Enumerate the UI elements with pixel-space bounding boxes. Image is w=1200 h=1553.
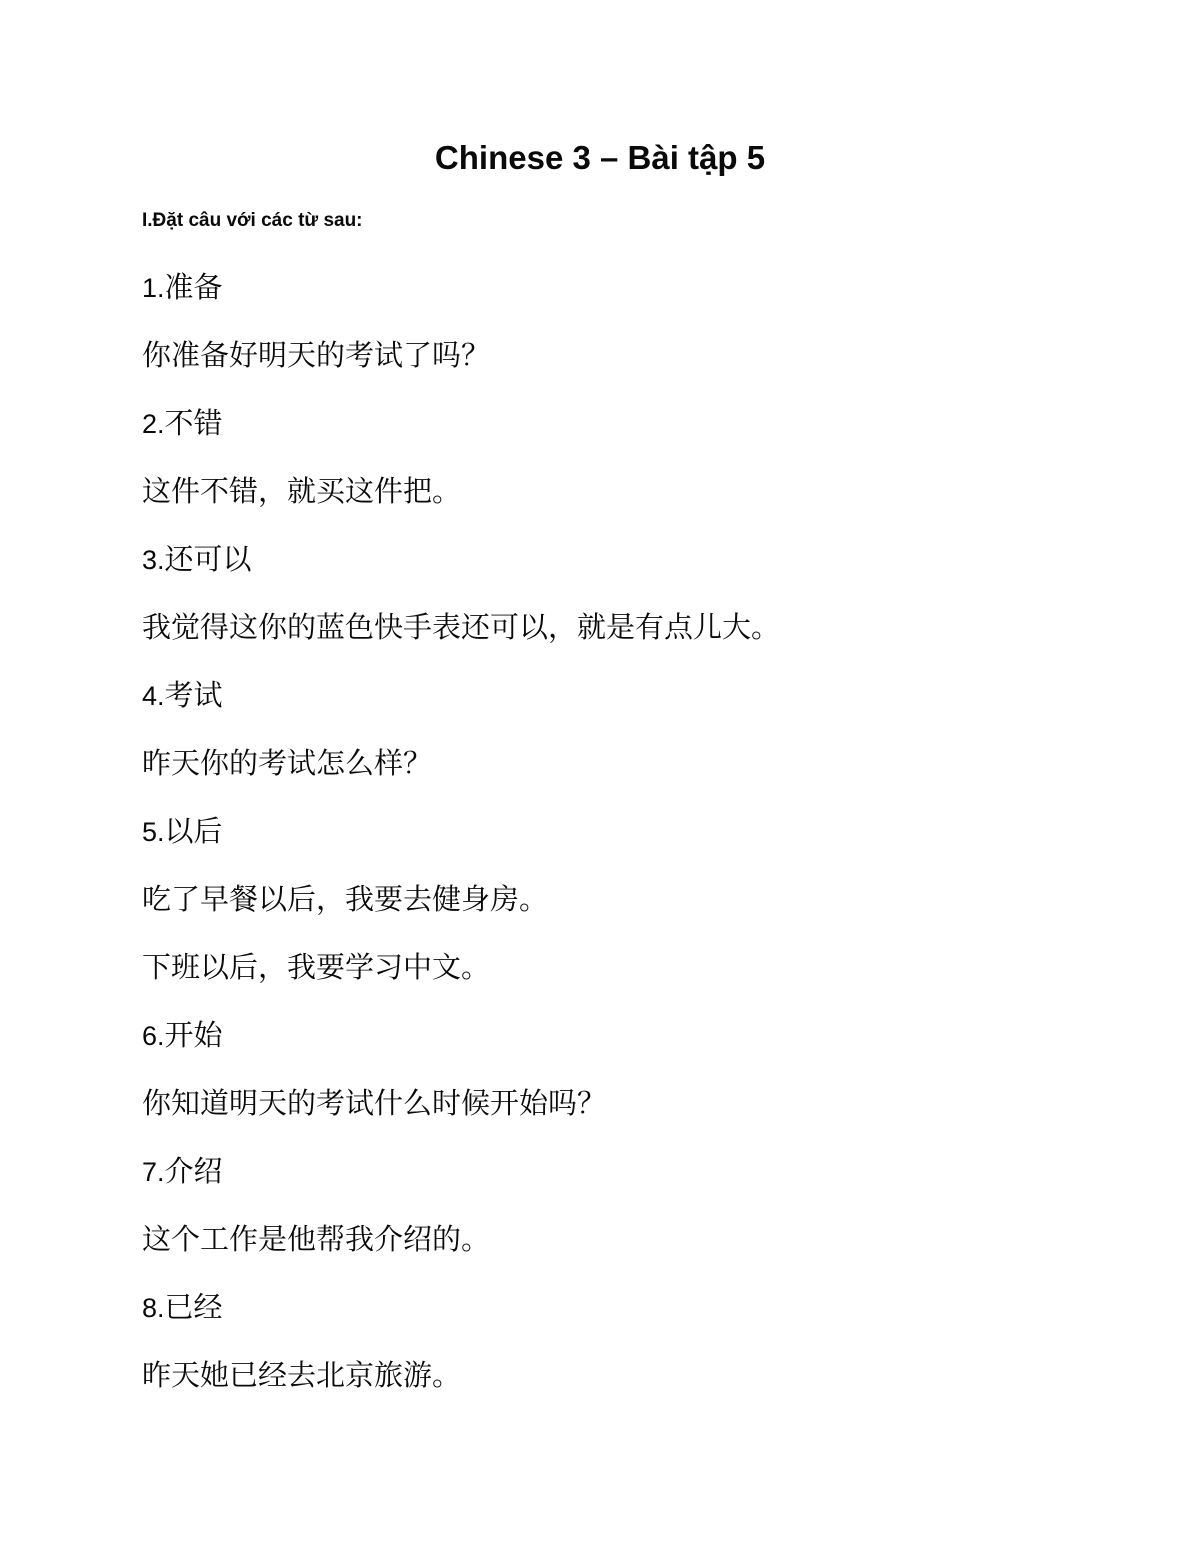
- exercise-word-line: 5.以后: [142, 812, 1058, 852]
- exercise-item-5: 5.以后 吃了早餐以后，我要去健身房。 下班以后，我要学习中文。: [142, 812, 1058, 988]
- page-title: Chinese 3 – Bài tập 5: [142, 138, 1058, 178]
- exercise-word: 介绍: [165, 1156, 223, 1188]
- exercise-sentence: 我觉得这你的蓝色快手表还可以，就是有点儿大。: [142, 608, 1058, 648]
- exercise-item-7: 7.介绍 这个工作是他帮我介绍的。: [142, 1152, 1058, 1260]
- exercise-sentence: 下班以后，我要学习中文。: [142, 948, 1058, 988]
- exercise-word: 准备: [165, 272, 223, 304]
- exercise-sentence: 这件不错，就买这件把。: [142, 472, 1058, 512]
- exercise-sentence: 昨天她已经去北京旅游。: [142, 1356, 1058, 1396]
- exercise-item-2: 2.不错 这件不错，就买这件把。: [142, 404, 1058, 512]
- exercise-sentence: 你知道明天的考试什么时候开始吗？: [142, 1084, 1058, 1124]
- exercise-number: 2.: [142, 409, 165, 439]
- exercise-number: 7.: [142, 1157, 165, 1187]
- exercise-item-4: 4.考试 昨天你的考试怎么样？: [142, 676, 1058, 784]
- exercise-word: 已经: [165, 1292, 223, 1324]
- exercise-number: 1.: [142, 273, 165, 303]
- exercise-number: 3.: [142, 545, 165, 575]
- exercise-word-line: 8.已经: [142, 1288, 1058, 1328]
- exercise-number: 4.: [142, 681, 165, 711]
- exercise-word-line: 7.介绍: [142, 1152, 1058, 1192]
- exercise-item-3: 3.还可以 我觉得这你的蓝色快手表还可以，就是有点儿大。: [142, 540, 1058, 648]
- exercise-word: 开始: [165, 1020, 223, 1052]
- exercise-word: 考试: [165, 680, 223, 712]
- exercise-sentence: 昨天你的考试怎么样？: [142, 744, 1058, 784]
- exercise-word-line: 6.开始: [142, 1016, 1058, 1056]
- exercise-item-8: 8.已经 昨天她已经去北京旅游。: [142, 1288, 1058, 1396]
- exercise-word-line: 1.准备: [142, 268, 1058, 308]
- exercise-item-6: 6.开始 你知道明天的考试什么时候开始吗？: [142, 1016, 1058, 1124]
- exercise-word-line: 4.考试: [142, 676, 1058, 716]
- exercise-number: 5.: [142, 817, 165, 847]
- exercise-number: 8.: [142, 1293, 165, 1323]
- exercise-word: 以后: [165, 816, 223, 848]
- exercise-item-1: 1.准备 你准备好明天的考试了吗？: [142, 268, 1058, 376]
- exercise-word-line: 3.还可以: [142, 540, 1058, 580]
- exercise-sentence: 你准备好明天的考试了吗？: [142, 336, 1058, 376]
- section-heading: I.Đặt câu với các từ sau:: [142, 208, 1058, 234]
- exercise-sentence: 这个工作是他帮我介绍的。: [142, 1220, 1058, 1260]
- exercise-sentence: 吃了早餐以后，我要去健身房。: [142, 880, 1058, 920]
- document-page: Chinese 3 – Bài tập 5 I.Đặt câu với các …: [0, 0, 1200, 1553]
- exercise-word: 还可以: [165, 544, 252, 576]
- exercise-number: 6.: [142, 1021, 165, 1051]
- exercise-word-line: 2.不错: [142, 404, 1058, 444]
- exercise-word: 不错: [165, 408, 223, 440]
